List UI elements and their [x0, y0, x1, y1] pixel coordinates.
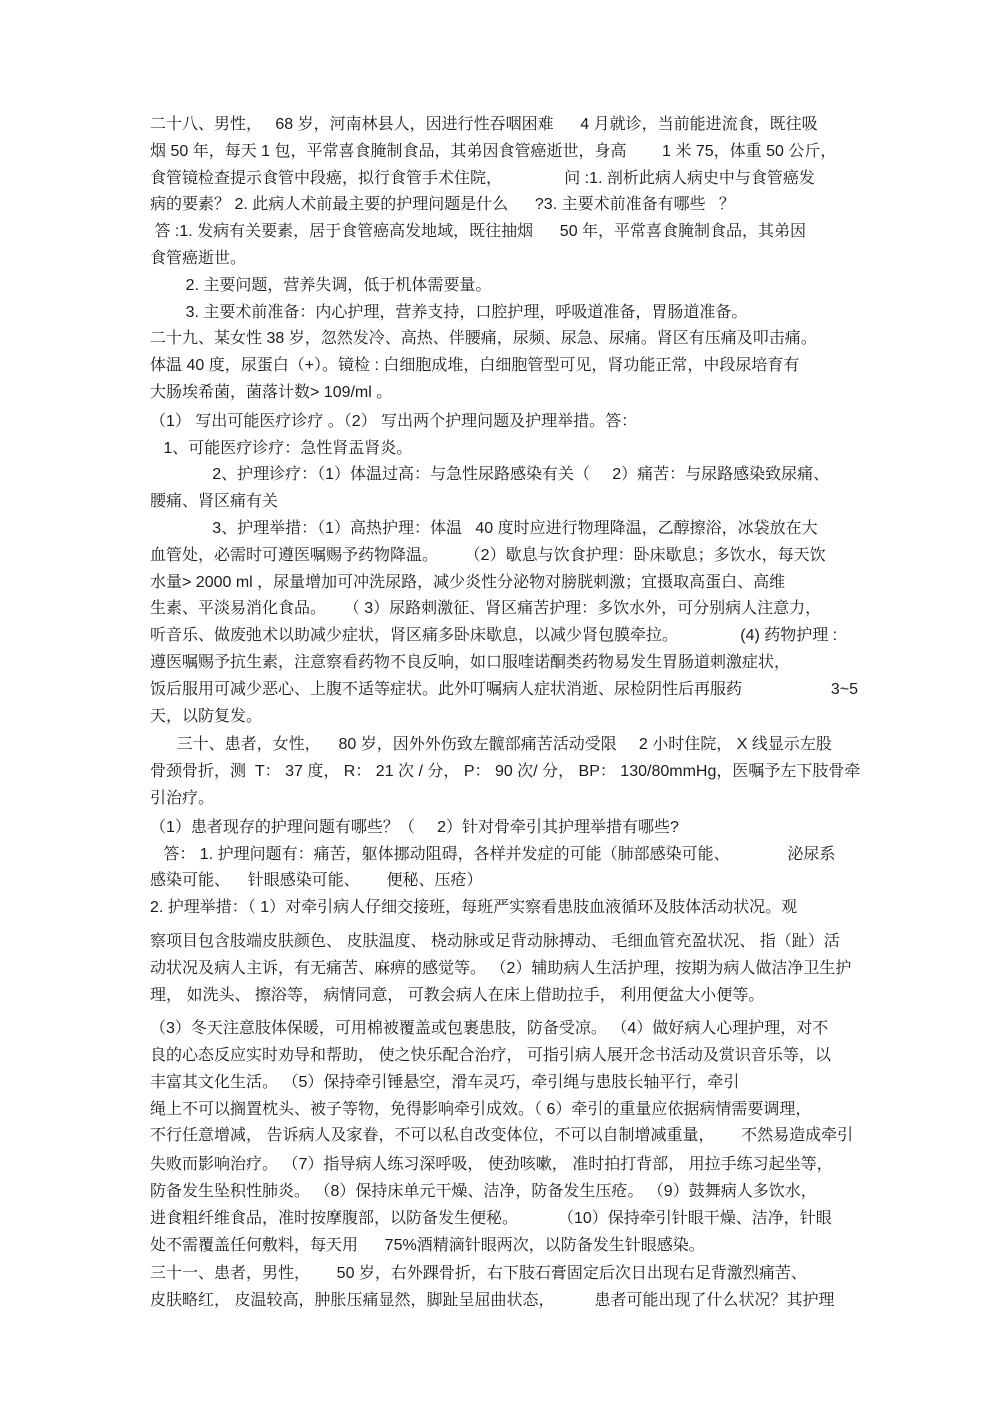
text-line: 皮肤略红， 皮温较高，肿胀压痛显然，脚趾呈屈曲状态， 患者可能出现了什么状况？其… — [150, 1288, 870, 1315]
text-line: 体温 40 度，尿蛋白（+）。镜检 : 白细胞成堆，白细胞管型可见，肾功能正常，… — [150, 353, 870, 380]
document-text-block: 二十八、男性， 68 岁，河南林县人，因进行性吞咽困难 4 月就诊，当前能进流食… — [150, 112, 870, 1315]
text-line: 答 :1. 发病有关要素，居于食管癌高发地域，既往抽烟 50 年，平常喜食腌制食… — [150, 219, 870, 246]
text-line: 烟 50 年，每天 1 包，平常喜食腌制食品，其弟因食管癌逝世，身高 1 米 7… — [150, 139, 870, 166]
text-line: （1）患者现存的护理问题有哪些？（ 2）针对骨牵引其护理举措有哪些? — [150, 815, 870, 842]
text-line: 进食粗纤维食品，准时按摩腹部，以防备发生便秘。 （10）保持牵引针眼干燥、洁净，… — [150, 1206, 870, 1233]
text-line: 绳上不可以搁置枕头、被子等物，免得影响牵引成效。（ 6）牵引的重量应依据病情需要… — [150, 1097, 870, 1124]
document-page: 二十八、男性， 68 岁，河南林县人，因进行性吞咽困难 4 月就诊，当前能进流食… — [0, 0, 1000, 1415]
text-line: 感染可能、 针眼感染可能、 便秘、压疮） — [150, 868, 870, 895]
text-line: （3）冬天注意肢体保暖，可用棉被覆盖或包裹患肢，防备受凉。 （4）做好病人心理护… — [150, 1016, 870, 1043]
text-line: 2、护理诊疗：（1）体温过高：与急性尿路感染有关（ 2）痛苦：与尿路感染致尿痛、 — [150, 462, 870, 489]
text-line: 理， 如洗头、 擦浴等， 病情同意， 可教会病人在床上借助拉手， 利用便盆大小便… — [150, 983, 870, 1010]
text-line: 三十一、患者，男性， 50 岁，右外踝骨折，右下肢石膏固定后次日出现右足背激烈痛… — [150, 1261, 870, 1288]
text-line: 防备发生坠积性肺炎。 （8）保持床单元干燥、洁净，防备发生压疮。 （9）鼓舞病人… — [150, 1179, 870, 1206]
text-line: 良的心态反应实时劝导和帮助， 使之快乐配合治疗， 可指引病人展开念书活动及赏识音… — [150, 1043, 870, 1070]
text-line: 腰痛、肾区痛有关 — [150, 489, 870, 516]
text-line: 饭后服用可减少恶心、上腹不适等症状。此外叮嘱病人症状消逝、尿检阴性后再服药 3~… — [150, 677, 870, 704]
text-line: （1） 写出可能医疗诊疗 。（2） 写出两个护理问题及护理举措。答： — [150, 409, 870, 436]
text-line: 天，以防复发。 — [150, 704, 870, 731]
text-line: 2. 主要问题，营养失调，低于机体需要量。 — [150, 273, 870, 300]
text-line: 失败而影响治疗。 （7）指导病人练习深呼吸， 使劲咳嗽， 准时拍打背部， 用拉手… — [150, 1152, 870, 1179]
text-line: 大肠埃希菌，菌落计数> 109/ml 。 — [150, 380, 870, 407]
text-line: 丰富其文化生活。 （5）保持牵引锤悬空，滑车灵巧，牵引绳与患肢长轴平行，牵引 — [150, 1070, 870, 1097]
text-line: 遵医嘱赐予抗生素，注意察看药物不良反响，如口服喹诺酮类药物易发生胃肠道刺激症状， — [150, 650, 870, 677]
text-line: 病的要素？ 2. 此病人术前最主要的护理问题是什么 ?3. 主要术前准备有哪些 … — [150, 192, 870, 219]
text-line: 食管癌逝世。 — [150, 246, 870, 273]
text-line: 3、护理举措：（1）高热护理：体温 40 度时应进行物理降温，乙醇擦浴，冰袋放在… — [150, 516, 870, 543]
text-line: 2. 护理举措：（ 1）对牵引病人仔细交接班，每班严实察看患肢血液循环及肢体活动… — [150, 895, 870, 922]
text-line: 三十、患者，女性， 80 岁，因外外伤致左髋部痛苦活动受限 2 小时住院， X … — [150, 732, 870, 759]
text-line: 听音乐、做废弛术以助减少症状，肾区痛多卧床歇息，以减少肾包膜牵拉。 (4) 药物… — [150, 623, 870, 650]
text-line: 3. 主要术前准备：内心护理，营养支持，口腔护理，呼吸道准备，胃肠道准备。 — [150, 300, 870, 327]
text-line: 水量> 2000 ml ，尿量增加可冲洗尿路，减少炎性分泌物对膀胱刺激；宜摄取高… — [150, 570, 870, 597]
text-line: 不行任意增减， 告诉病人及家眷，不可以私自改变体位，不可以自制增减重量， 不然易… — [150, 1123, 870, 1150]
text-line: 二十八、男性， 68 岁，河南林县人，因进行性吞咽困难 4 月就诊，当前能进流食… — [150, 112, 870, 139]
text-line: 生素、平淡易消化食品。 （ 3）尿路刺激征、肾区痛苦护理：多饮水外，可分别病人注… — [150, 596, 870, 623]
text-line: 察项目包含肢端皮肤颜色、 皮肤温度、 桡动脉或足背动脉搏动、 毛细血管充盈状况、… — [150, 929, 870, 956]
text-line: 动状况及病人主诉，有无痛苦、麻痹的感觉等。 （2）辅助病人生活护理，按期为病人做… — [150, 956, 870, 983]
text-line: 食管镜检查提示食管中段癌，拟行食管手术住院， 问 :1. 剖析此病人病史中与食管… — [150, 166, 870, 193]
text-line: 1、可能医疗诊疗：急性肾盂肾炎。 — [150, 436, 870, 463]
text-line: 处不需覆盖任何敷料，每天用 75%酒精滴针眼两次，以防备发生针眼感染。 — [150, 1233, 870, 1260]
text-line: 引治疗。 — [150, 786, 870, 813]
text-line: 答： 1. 护理问题有：痛苦，躯体挪动阻碍，各样并发症的可能（肺部感染可能、 泌… — [150, 842, 870, 869]
text-line: 骨颈骨折，测 T： 37 度， R： 21 次 / 分， P： 90 次/ 分，… — [150, 759, 870, 786]
text-line: 血管处，必需时可遵医嘱赐予药物降温。 （2）歇息与饮食护理：卧床歇息；多饮水，每… — [150, 543, 870, 570]
text-line: 二十九、某女性 38 岁，忽然发冷、高热、伴腰痛，尿频、尿急、尿痛。肾区有压痛及… — [150, 326, 870, 353]
